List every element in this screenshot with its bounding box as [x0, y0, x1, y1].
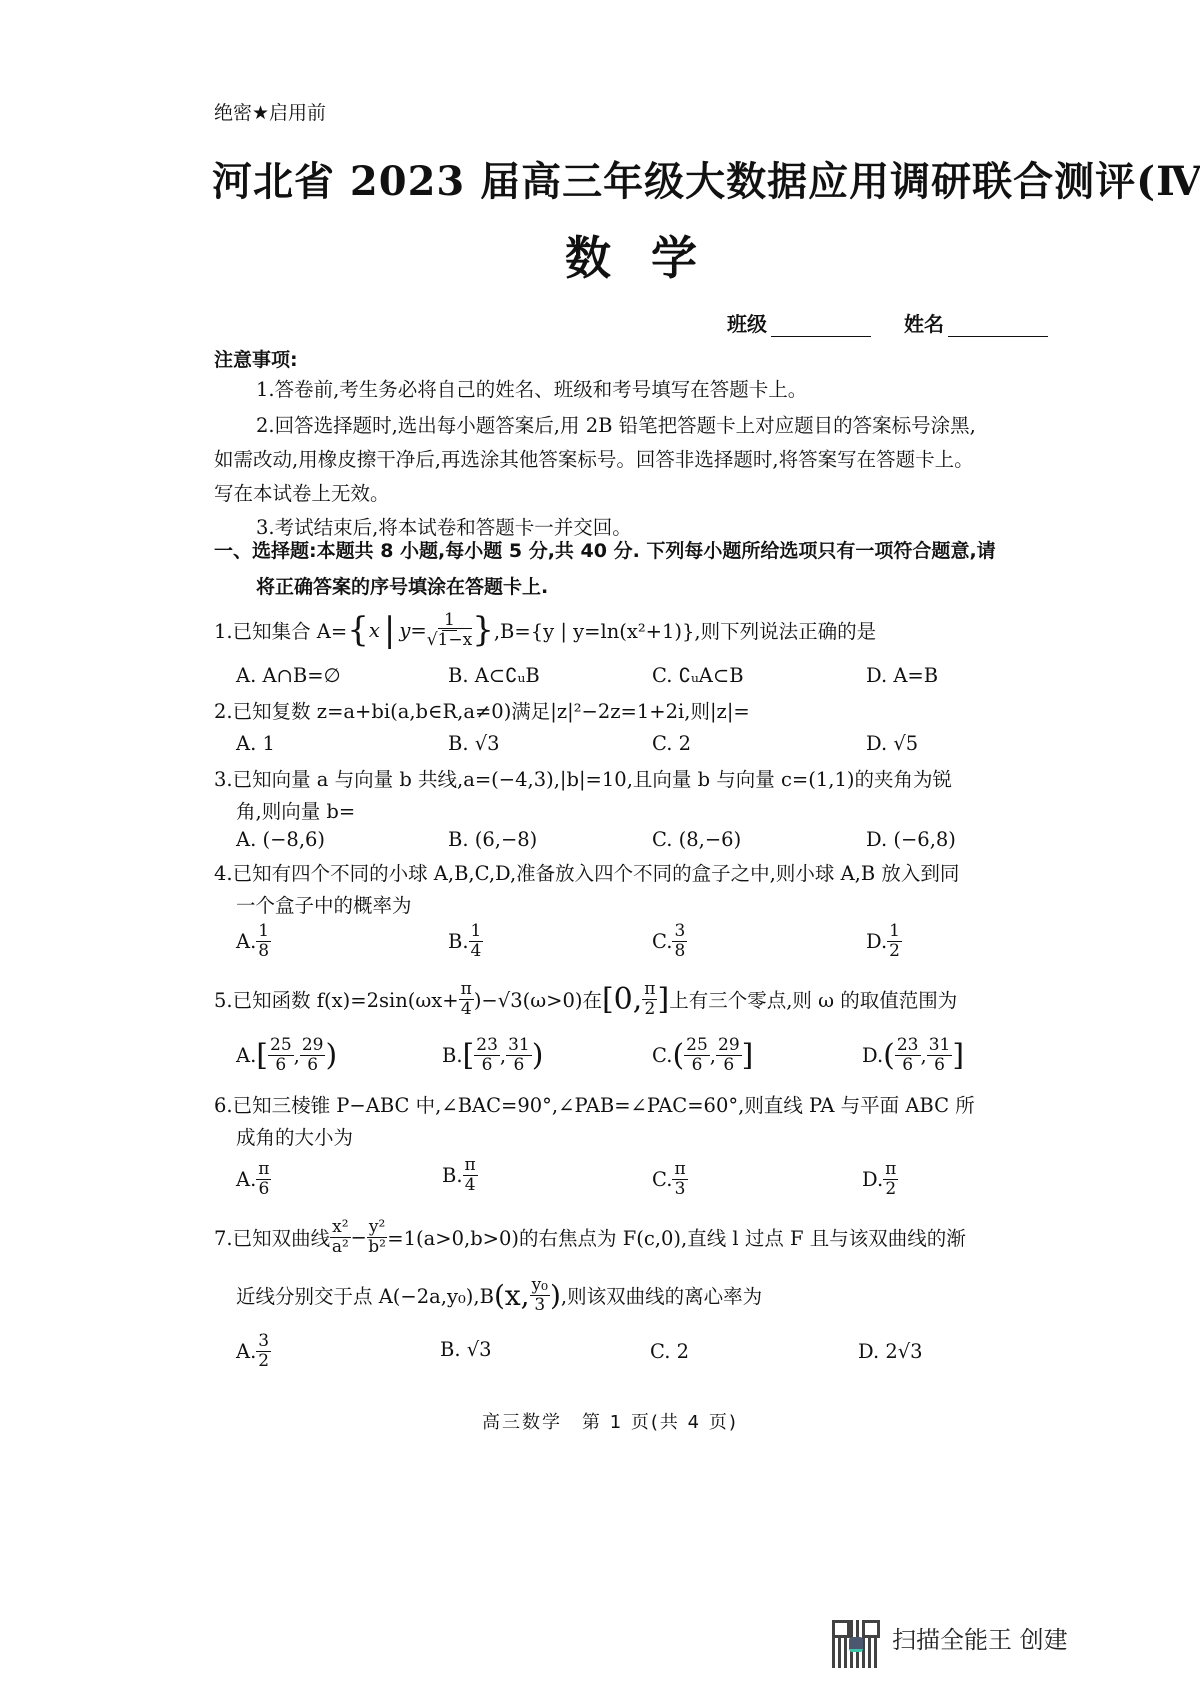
question-7-stem-line2: 近线分别交于点 A(−2a,y₀),B (x, y₀3 ) ,则该双曲线的离心率… [236, 1276, 762, 1314]
q1-option-a[interactable]: A. A∩B=∅ [236, 664, 341, 687]
question-1-stem: 1.已知集合 A= { x | y= 1√1−x } ,B={y | y=ln(… [214, 610, 876, 650]
scanner-watermark: 扫描全能王 创建 [892, 1620, 1068, 1655]
question-4-stem-line2: 一个盒子中的概率为 [236, 890, 412, 918]
q7-option-d[interactable]: D. 2√3 [858, 1340, 923, 1363]
subject-title: 数学 [565, 222, 737, 288]
q7-option-b[interactable]: B. √3 [440, 1338, 492, 1361]
section-heading-line1: 一、选择题:本题共 8 小题,每小题 5 分,共 40 分. 下列每小题所给选项… [214, 536, 996, 563]
q2-option-a[interactable]: A. 1 [236, 732, 275, 755]
q6-option-a[interactable]: A.π6 [236, 1160, 271, 1198]
q3-option-a[interactable]: A. (−8,6) [236, 828, 325, 851]
student-info-fields: 班级 姓名 [727, 308, 1074, 337]
notice-item-2: 2.回答选择题时,选出每小题答案后,用 2B 铅笔把答题卡上对应题目的答案标号涂… [256, 414, 976, 437]
fraction: 1√1−x [427, 611, 473, 649]
exam-page: 绝密★启用前 河北省 2023 届高三年级大数据应用调研联合测评(Ⅳ) 数学 班… [0, 0, 1200, 1699]
question-4-stem-line1: 4.已知有四个不同的小球 A,B,C,D,准备放入四个不同的盒子之中,则小球 A… [214, 858, 959, 886]
question-6-stem-line1: 6.已知三棱锥 P−ABC 中,∠BAC=90°,∠PAB=∠PAC=60°,则… [214, 1090, 975, 1118]
q5-option-c[interactable]: C.( 256,296 ] [652, 1036, 753, 1074]
qr-code-icon [832, 1620, 880, 1668]
notice-item-2-cont: 如需改动,用橡皮擦干净后,再选涂其他答案标号。回答非选择题时,将答案写在答题卡上… [214, 448, 974, 471]
exam-title: 河北省 2023 届高三年级大数据应用调研联合测评(Ⅳ) [212, 150, 1200, 207]
q6-option-b[interactable]: B.π4 [442, 1156, 478, 1194]
notice-item-1: 1.答卷前,考生务必将自己的姓名、班级和考号填写在答题卡上。 [256, 378, 807, 401]
q5-option-b[interactable]: B.[ 236,316 ) [442, 1036, 543, 1074]
question-5-stem: 5.已知函数 f(x)=2sin(ωx+ π4 )−√3(ω>0)在 [0, π… [214, 980, 957, 1018]
name-blank[interactable] [948, 316, 1048, 337]
question-2-stem: 2.已知复数 z=a+bi(a,b∈R,a≠0)满足|z|²−2z=1+2i,则… [214, 696, 750, 724]
class-blank[interactable] [771, 316, 871, 337]
section-heading-line2: 将正确答案的序号填涂在答题卡上. [256, 572, 548, 599]
q2-option-c[interactable]: C. 2 [652, 732, 691, 755]
name-label: 姓名 [904, 312, 944, 336]
q4-option-b[interactable]: B.14 [448, 922, 483, 960]
q3-option-b[interactable]: B. (6,−8) [448, 828, 537, 851]
q7-option-c[interactable]: C. 2 [650, 1340, 689, 1363]
q4-option-a[interactable]: A.18 [236, 922, 271, 960]
q1-option-c[interactable]: C. ∁ᵤA⊂B [652, 664, 744, 687]
question-3-stem-line1: 3.已知向量 a 与向量 b 共线,a=(−4,3),|b|=10,且向量 b … [214, 764, 952, 792]
q1-option-b[interactable]: B. A⊂∁ᵤB [448, 664, 540, 687]
q2-option-d[interactable]: D. √5 [866, 732, 918, 755]
notice-heading: 注意事项: [214, 345, 298, 372]
q6-option-c[interactable]: C.π3 [652, 1160, 688, 1198]
notice-item-2-cont2: 写在本试卷上无效。 [214, 482, 390, 505]
q5-option-d[interactable]: D.( 236,316 ] [862, 1036, 964, 1074]
q7-option-a[interactable]: A.32 [236, 1332, 271, 1370]
q5-option-a[interactable]: A.[ 256,296 ) [236, 1036, 337, 1074]
q6-option-d[interactable]: D.π2 [862, 1160, 898, 1198]
question-6-stem-line2: 成角的大小为 [236, 1122, 353, 1150]
q2-option-b[interactable]: B. √3 [448, 732, 500, 755]
q3-option-d[interactable]: D. (−6,8) [866, 828, 956, 851]
page-footer: 高三数学 第 1 页(共 4 页) [482, 1408, 738, 1434]
q4-option-c[interactable]: C.38 [652, 922, 687, 960]
q1-option-d[interactable]: D. A=B [866, 664, 938, 687]
secret-label: 绝密★启用前 [214, 98, 326, 125]
q4-option-d[interactable]: D.12 [866, 922, 902, 960]
q3-option-c[interactable]: C. (8,−6) [652, 828, 741, 851]
question-3-stem-line2: 角,则向量 b= [236, 796, 355, 824]
class-label: 班级 [727, 312, 767, 336]
question-7-stem-line1: 7.已知双曲线 x²a² − y²b² =1(a>0,b>0)的右焦点为 F(c… [214, 1218, 966, 1256]
camscanner-logo-icon [849, 1637, 863, 1652]
